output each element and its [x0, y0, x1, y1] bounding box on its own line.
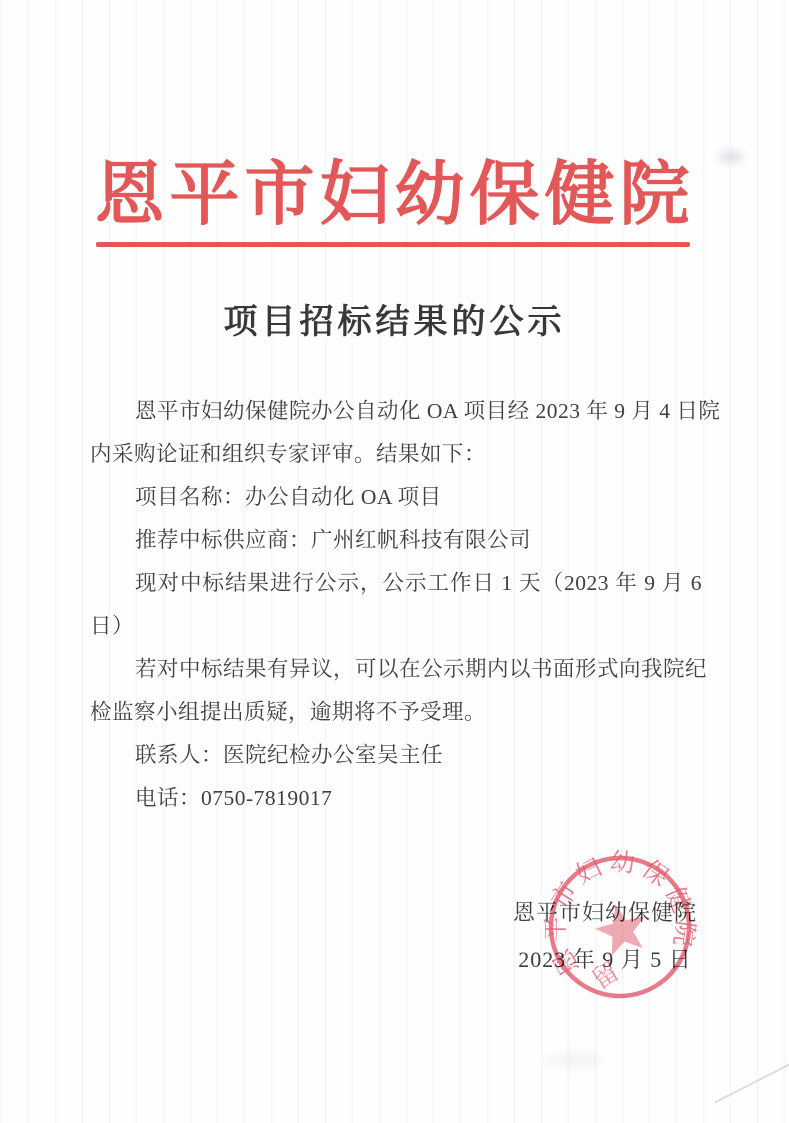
notice-body: 恩平市妇幼保健院办公自动化 OA 项目经 2023 年 9 月 4 日院内采购论… — [90, 390, 702, 820]
body-line: 项目名称：办公自动化 OA 项目 — [90, 476, 702, 519]
scan-pencil-artifact — [714, 1063, 789, 1104]
body-line: 联系人：医院纪检办公室吴主任 — [90, 734, 702, 777]
notice-title: 项目招标结果的公示 — [0, 294, 789, 343]
letterhead-rule — [96, 242, 690, 247]
body-line: 恩平市妇幼保健院办公自动化 OA 项目经 2023 年 9 月 4 日院 — [90, 390, 702, 433]
body-line: 电话：0750-7819017 — [90, 777, 702, 820]
star-icon — [590, 898, 652, 958]
body-line: 推荐中标供应商：广州红帆科技有限公司 — [90, 519, 702, 562]
official-seal: 恩平市妇幼保健院 留 — [523, 830, 717, 1024]
body-line: 日） — [90, 605, 702, 648]
scanned-notice-page: 恩平市妇幼保健院 项目招标结果的公示 恩平市妇幼保健院办公自动化 OA 项目经 … — [0, 0, 789, 1123]
body-line: 若对中标结果有异议，可以在公示期内以书面形式向我院纪 — [90, 648, 702, 691]
scan-smudge-top — [718, 150, 744, 164]
letterhead-hospital-name: 恩平市妇幼保健院 — [0, 138, 789, 239]
body-line: 现对中标结果进行公示，公示工作日 1 天（2023 年 9 月 6 — [90, 562, 702, 605]
body-line: 内采购论证和组织专家评审。结果如下： — [90, 433, 702, 476]
scan-smudge-bottom — [545, 1055, 605, 1065]
body-line: 检监察小组提出质疑，逾期将不予受理。 — [90, 691, 702, 734]
